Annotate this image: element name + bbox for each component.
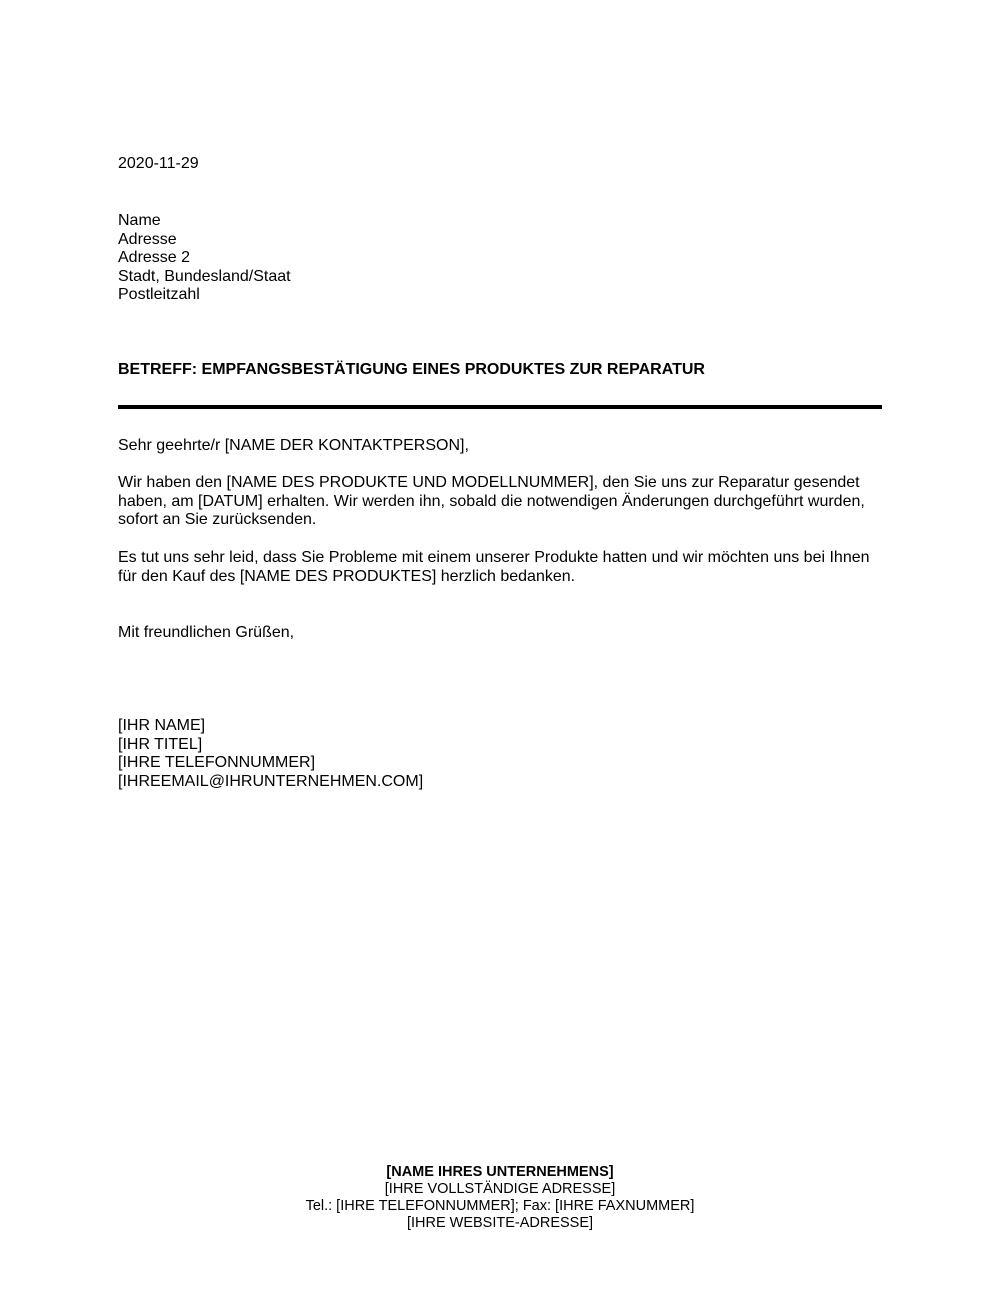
address-line: Adresse [118,231,291,250]
footer-company: [NAME IHRES UNTERNEHMENS] [0,1164,1000,1181]
divider [118,405,882,409]
address-line: Name [118,212,291,231]
letter-footer: [NAME IHRES UNTERNEHMENS] [IHRE VOLLSTÄN… [0,1164,1000,1232]
body-paragraph: Wir haben den [NAME DES PRODUKTE UND MOD… [118,474,888,530]
signature-email: [IHREEMAIL@IHRUNTERNEHMEN.COM] [118,773,423,792]
subject-line: BETREFF: EMPFANGSBESTÄTIGUNG EINES PRODU… [118,361,705,380]
footer-website: [IHRE WEBSITE-ADRESSE] [0,1215,1000,1232]
footer-contact: Tel.: [IHRE TELEFONNUMMER]; Fax: [IHRE F… [0,1198,1000,1215]
signature-title: [IHR TITEL] [118,736,423,755]
signature-phone: [IHRE TELEFONNUMMER] [118,754,423,773]
address-line: Adresse 2 [118,249,291,268]
closing: Mit freundlichen Grüßen, [118,624,294,643]
body-paragraph: Es tut uns sehr leid, dass Sie Probleme … [118,549,888,586]
address-line: Stadt, Bundesland/Staat [118,268,291,287]
salutation: Sehr geehrte/r [NAME DER KONTAKTPERSON], [118,437,469,456]
letter-date: 2020-11-29 [118,155,199,174]
signature-name: [IHR NAME] [118,717,423,736]
footer-address: [IHRE VOLLSTÄNDIGE ADRESSE] [0,1181,1000,1198]
recipient-address: Name Adresse Adresse 2 Stadt, Bundesland… [118,212,291,305]
letter-page: 2020-11-29 Name Adresse Adresse 2 Stadt,… [0,0,1000,1290]
address-line: Postleitzahl [118,286,291,305]
signature-block: [IHR NAME] [IHR TITEL] [IHRE TELEFONNUMM… [118,717,423,791]
